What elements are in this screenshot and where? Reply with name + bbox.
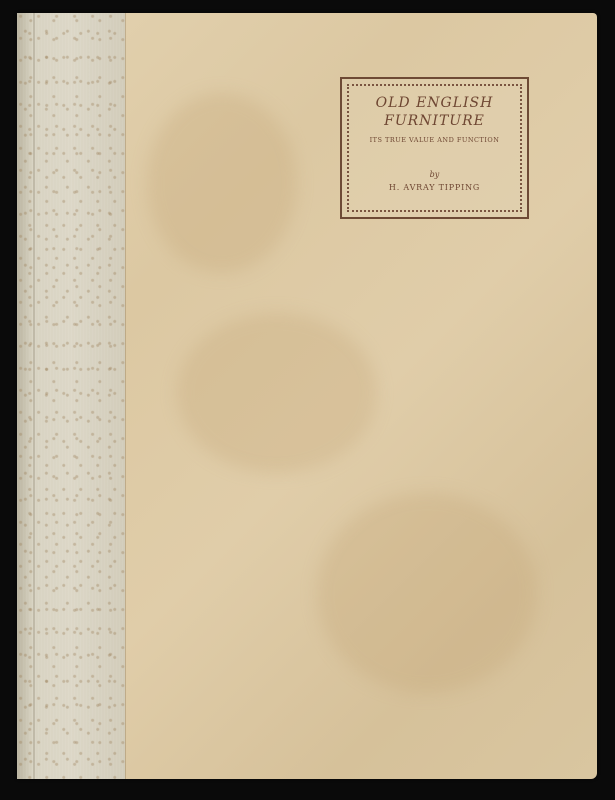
author: H. AVRAY TIPPING <box>342 183 527 192</box>
stain <box>317 493 537 693</box>
stain <box>177 313 377 473</box>
title-line-1: OLD ENGLISH <box>342 95 527 111</box>
title-label: OLD ENGLISH FURNITURE ITS TRUE VALUE AND… <box>340 77 529 219</box>
stain <box>147 93 297 273</box>
subtitle: ITS TRUE VALUE AND FUNCTION <box>342 136 527 144</box>
spine-hinge <box>33 13 35 779</box>
book-cover: OLD ENGLISH FURNITURE ITS TRUE VALUE AND… <box>17 13 597 779</box>
by-line: by <box>342 170 527 179</box>
title-line-2: FURNITURE <box>342 113 527 129</box>
board-edge <box>125 13 126 779</box>
